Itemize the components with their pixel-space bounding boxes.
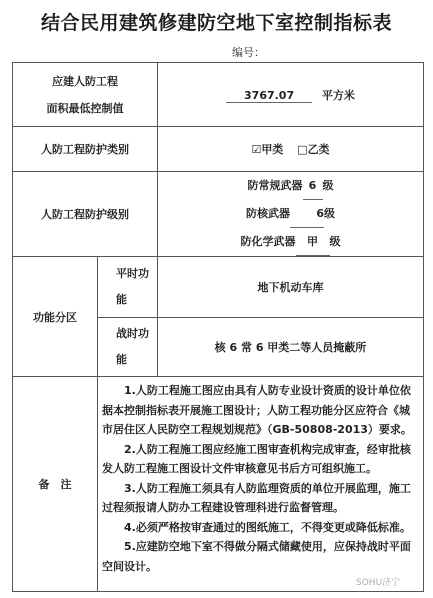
note-item: 4.必须严格按审查通过的图纸施工，不得变更或降低标准。	[102, 518, 417, 538]
area-label-line1: 应建人防工程	[13, 68, 157, 95]
document-title: 结合民用建筑修建防空地下室控制指标表	[0, 8, 433, 35]
peacetime-value: 地下机动车库	[158, 257, 424, 318]
note-item: 1.人防工程施工图应由具有人防专业设计资质的设计单位依据本控制指标表开展施工图设…	[102, 381, 417, 440]
nuclear-weapon-level: 防核武器6级	[158, 200, 423, 228]
area-row: 应建人防工程 面积最低控制值 3767.07 平方米	[13, 63, 424, 127]
wartime-value: 核 6 常 6 甲类二等人员掩蔽所	[158, 318, 424, 377]
serial-number-label: 编号：	[232, 44, 265, 60]
conventional-weapon-level: 防常规武器6级	[158, 172, 423, 200]
category-options: ☑甲类 □乙类	[158, 127, 424, 172]
option-class-b: 乙类	[308, 143, 330, 156]
checkbox-checked-icon[interactable]: ☑	[251, 143, 261, 156]
function-zone-label: 功能分区	[13, 257, 98, 377]
area-label-line2: 面积最低控制值	[13, 95, 157, 122]
control-index-table: 应建人防工程 面积最低控制值 3767.07 平方米 人防工程防护类别 ☑甲类 …	[12, 62, 424, 592]
option-class-a: 甲类	[261, 143, 283, 156]
area-value: 3767.07	[226, 89, 312, 103]
area-value-cell: 3767.07 平方米	[158, 63, 424, 127]
notes-row: 备 注 1.人防工程施工图应由具有人防专业设计资质的设计单位依据本控制指标表开展…	[13, 377, 424, 592]
watermark: SOHU济宁	[356, 575, 400, 588]
note-item: 2.人防工程施工图应经施工图审查机构完成审查，经审批核发人防工程施工图设计文件审…	[102, 440, 417, 479]
wartime-label: 战时功 能	[98, 318, 158, 377]
notes-content: 1.人防工程施工图应由具有人防专业设计资质的设计单位依据本控制指标表开展施工图设…	[98, 377, 424, 592]
checkbox-unchecked-icon[interactable]: □	[297, 143, 307, 156]
level-row: 人防工程防护级别 防常规武器6级 防核武器6级 防化学武器甲级	[13, 172, 424, 257]
area-unit: 平方米	[322, 89, 355, 102]
note-item: 3.人防工程施工须具有人防监理资质的单位开展监理，施工过程须报请人防办工程建设管…	[102, 479, 417, 518]
note-item: 5.应建防空地下室不得做分隔式储藏使用，应保持战时平面空间设计。	[102, 537, 417, 576]
peacetime-label: 平时功 能	[98, 257, 158, 318]
level-values: 防常规武器6级 防核武器6级 防化学武器甲级	[158, 172, 424, 257]
chemical-weapon-level: 防化学武器甲级	[158, 228, 423, 256]
peacetime-function-row: 功能分区 平时功 能 地下机动车库	[13, 257, 424, 318]
notes-label: 备 注	[13, 377, 98, 592]
level-label: 人防工程防护级别	[13, 172, 158, 257]
category-label: 人防工程防护类别	[13, 127, 158, 172]
area-label: 应建人防工程 面积最低控制值	[13, 63, 158, 127]
category-row: 人防工程防护类别 ☑甲类 □乙类	[13, 127, 424, 172]
